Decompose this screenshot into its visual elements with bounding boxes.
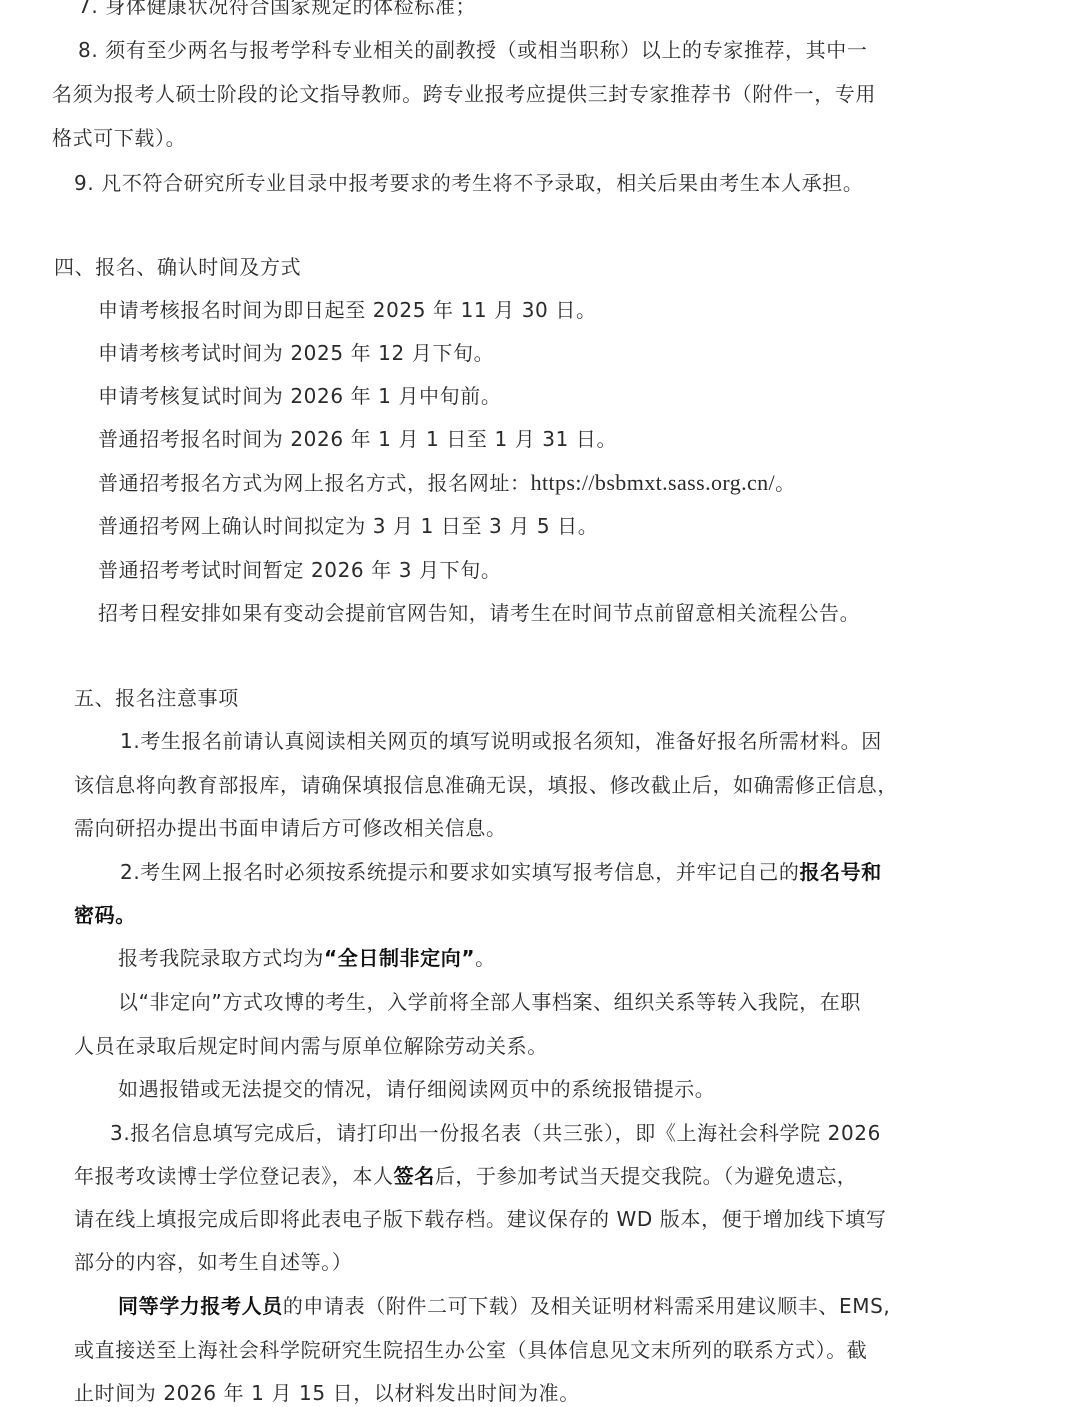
registration-method-text: 普通招考报名方式为网上报名方式，报名网址： bbox=[98, 471, 531, 495]
equivalent-applicants-line-1: 同等学力报考人员的申请表（附件二可下载）及相关证明材料需采用建议顺丰、EMS, bbox=[118, 1292, 890, 1320]
requirement-item-8-line-3: 格式可下载）。 bbox=[52, 124, 186, 152]
section-5-heading: 五、报名注意事项 bbox=[74, 684, 239, 712]
requirement-item-8-line-2: 名须为报考人硕士阶段的论文指导教师。跨专业报考应提供三封专家推荐书（附件一，专用 bbox=[52, 80, 876, 108]
schedule-line-1: 申请考核报名时间为即日起至 2025 年 11 月 30 日。 bbox=[98, 296, 597, 324]
admission-mode-line: 报考我院录取方式均为“全日制非定向”。 bbox=[118, 944, 496, 972]
requirement-item-9: 9. 凡不符合研究所专业目录中报考要求的考生将不予录取，相关后果由考生本人承担。 bbox=[74, 169, 863, 197]
note-item-1-line-1: 1.考生报名前请认真阅读相关网页的填写说明或报名须知，准备好报名所需材料。因 bbox=[120, 727, 882, 755]
schedule-line-5: 普通招考网上确认时间拟定为 3 月 1 日至 3 月 5 日。 bbox=[98, 512, 598, 540]
note-item-3-text-b: 后，于参加考试当天提交我院。（为避免遗忘， bbox=[435, 1164, 858, 1188]
requirement-item-7: 7. 身体健康状况符合国家规定的体检标准； bbox=[78, 0, 476, 20]
note-item-3-line-1: 3.报名信息填写完成后，请打印出一份报名表（共三张），即《上海社会科学院 202… bbox=[110, 1119, 881, 1147]
schedule-line-2: 申请考核考试时间为 2025 年 12 月下旬。 bbox=[98, 339, 494, 367]
registration-url-link[interactable]: https://bsbmxt.sass.org.cn/ bbox=[531, 470, 775, 495]
registration-method-suffix: 。 bbox=[775, 471, 796, 495]
schedule-line-7: 招考日程安排如果有变动会提前官网告知，请考生在时间节点前留意相关流程公告。 bbox=[98, 599, 860, 627]
schedule-line-6: 普通招考考试时间暂定 2026 年 3 月下旬。 bbox=[98, 556, 501, 584]
nondirected-line-1: 以“非定向”方式攻博的考生，入学前将全部人事档案、组织关系等转入我院，在职 bbox=[118, 988, 861, 1016]
requirement-item-8-line-1: 8. 须有至少两名与报考学科专业相关的副教授（或相当职称）以上的专家推荐，其中一 bbox=[78, 36, 867, 64]
note-item-3-line-4: 部分的内容，如考生自述等。） bbox=[74, 1248, 352, 1276]
equivalent-applicants-line-2: 或直接送至上海社会科学院研究生院招生办公室（具体信息见文末所列的联系方式）。截 bbox=[74, 1336, 867, 1364]
note-item-3-text-a: 年报考攻读博士学位登记表》，本人 bbox=[74, 1164, 394, 1188]
nondirected-line-2: 人员在录取后规定时间内需与原单位解除劳动关系。 bbox=[74, 1032, 548, 1060]
error-hint-line: 如遇报错或无法提交的情况，请仔细阅读网页中的系统报错提示。 bbox=[118, 1075, 715, 1103]
note-item-1-line-2: 该信息将向教育部报库，请确保填报信息准确无误，填报、修改截止后，如确需修正信息， bbox=[74, 771, 898, 799]
note-item-3-emphasis: 签名 bbox=[394, 1164, 435, 1188]
note-item-2-line-1: 2.考生网上报名时必须按系统提示和要求如实填写报考信息，并牢记自己的报名号和 bbox=[120, 858, 882, 886]
section-4-heading: 四、报名、确认时间及方式 bbox=[54, 253, 301, 281]
equivalent-applicants-line-3: 止时间为 2026 年 1 月 15 日，以材料发出时间为准。 bbox=[74, 1379, 580, 1407]
admission-mode-suffix: 。 bbox=[475, 946, 496, 970]
document-page: 7. 身体健康状况符合国家规定的体检标准； 8. 须有至少两名与报考学科专业相关… bbox=[0, 0, 1080, 1407]
schedule-line-4: 普通招考报名时间为 2026 年 1 月 1 日至 1 月 31 日。 bbox=[98, 425, 617, 453]
note-item-2-text: 2.考生网上报名时必须按系统提示和要求如实填写报考信息，并牢记自己的 bbox=[120, 860, 799, 884]
note-item-2-emphasis: 报名号和 bbox=[799, 860, 881, 884]
note-item-1-line-3: 需向研招办提出书面申请后方可修改相关信息。 bbox=[74, 814, 507, 842]
note-item-3-line-3: 请在线上填报完成后即将此表电子版下载存档。建议保存的 WD 版本，便于增加线下填… bbox=[74, 1205, 887, 1233]
schedule-line-3: 申请考核复试时间为 2026 年 1 月中旬前。 bbox=[98, 382, 501, 410]
note-item-3-line-2: 年报考攻读博士学位登记表》，本人签名后，于参加考试当天提交我院。（为避免遗忘， bbox=[74, 1162, 857, 1190]
equivalent-applicants-text: 的申请表（附件二可下载）及相关证明材料需采用建议顺丰、EMS, bbox=[283, 1294, 891, 1318]
registration-method-line: 普通招考报名方式为网上报名方式，报名网址：https://bsbmxt.sass… bbox=[98, 469, 796, 497]
equivalent-applicants-emphasis: 同等学力报考人员 bbox=[118, 1294, 283, 1318]
admission-mode-emphasis: “全日制非定向” bbox=[324, 946, 475, 970]
note-item-2-line-2: 密码。 bbox=[74, 901, 136, 929]
admission-mode-text: 报考我院录取方式均为 bbox=[118, 946, 324, 970]
